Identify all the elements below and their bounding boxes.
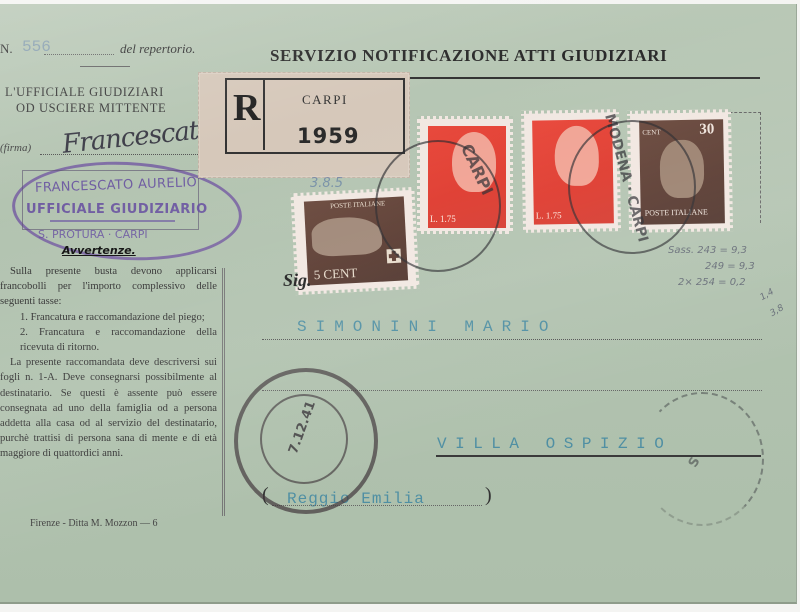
pencil-note-line-2: 249 = 9,3 xyxy=(705,261,755,272)
document-title: SERVIZIO NOTIFICAZIONE ATTI GIUDIZIARI xyxy=(270,46,667,66)
pencil-note-line-1: Sass. 243 = 9,3 xyxy=(668,245,747,256)
column-rule xyxy=(222,268,225,516)
sender-heading-line1: L'UFFICIALE GIUDIZIARI xyxy=(5,85,164,100)
recipient-name: SIMONINI MARIO xyxy=(297,318,557,336)
pencil-note-line-3: 2× 254 = 0,2 xyxy=(678,277,746,288)
registration-office: CARPI xyxy=(302,92,348,108)
paren-close: ) xyxy=(485,484,492,507)
recipient-city: VILLA OSPIZIO xyxy=(437,435,672,453)
repertorio-prefix: N. xyxy=(0,41,13,57)
repertorio-dotted-line xyxy=(44,54,114,55)
oval-stamp-bar xyxy=(50,220,175,222)
avvertenze-item-1: 1. Francatura e raccomandazione del pieg… xyxy=(0,310,217,325)
registration-letter: R xyxy=(233,86,260,130)
avvertenze-heading: Avvertenze. xyxy=(62,244,136,257)
she-wolf-icon xyxy=(311,216,383,258)
repertorio-suffix: del repertorio. xyxy=(120,41,195,57)
transit-postmark xyxy=(640,392,764,526)
address-prefix: Sig. xyxy=(283,270,312,291)
pencil-note-top: 3.8.5 xyxy=(310,176,343,191)
stamp-value: 30 xyxy=(699,121,714,138)
registration-number: 1959 xyxy=(297,124,359,148)
stamp-denomination: L. 1.75 xyxy=(536,210,562,220)
divider xyxy=(80,66,130,67)
oval-stamp-place: S. PROTURA · CARPI xyxy=(38,228,148,241)
firma-label: (firma) xyxy=(0,142,31,154)
avvertenze-item-2: 2. Francatura e raccomandazione della ri… xyxy=(0,325,217,355)
avvertenze-paragraph-1: Sulla presente busta devono applicarsi f… xyxy=(0,264,217,310)
title-rule xyxy=(402,77,760,79)
stamp-denomination: 5 CENT xyxy=(313,265,357,283)
address-dotted-line-1 xyxy=(262,339,762,340)
avvertenze-paragraph-2: La presente raccomandata deve descrivers… xyxy=(0,355,217,461)
avvertenze-text: Sulla presente busta devono applicarsi f… xyxy=(0,264,217,462)
oval-stamp-title: UFFICIALE GIUDIZIARIO xyxy=(26,202,208,217)
printer-imprint: Firenze - Ditta M. Mozzon — 6 xyxy=(30,518,157,529)
sender-heading-line2: OD USCIERE MITTENTE xyxy=(16,101,166,116)
